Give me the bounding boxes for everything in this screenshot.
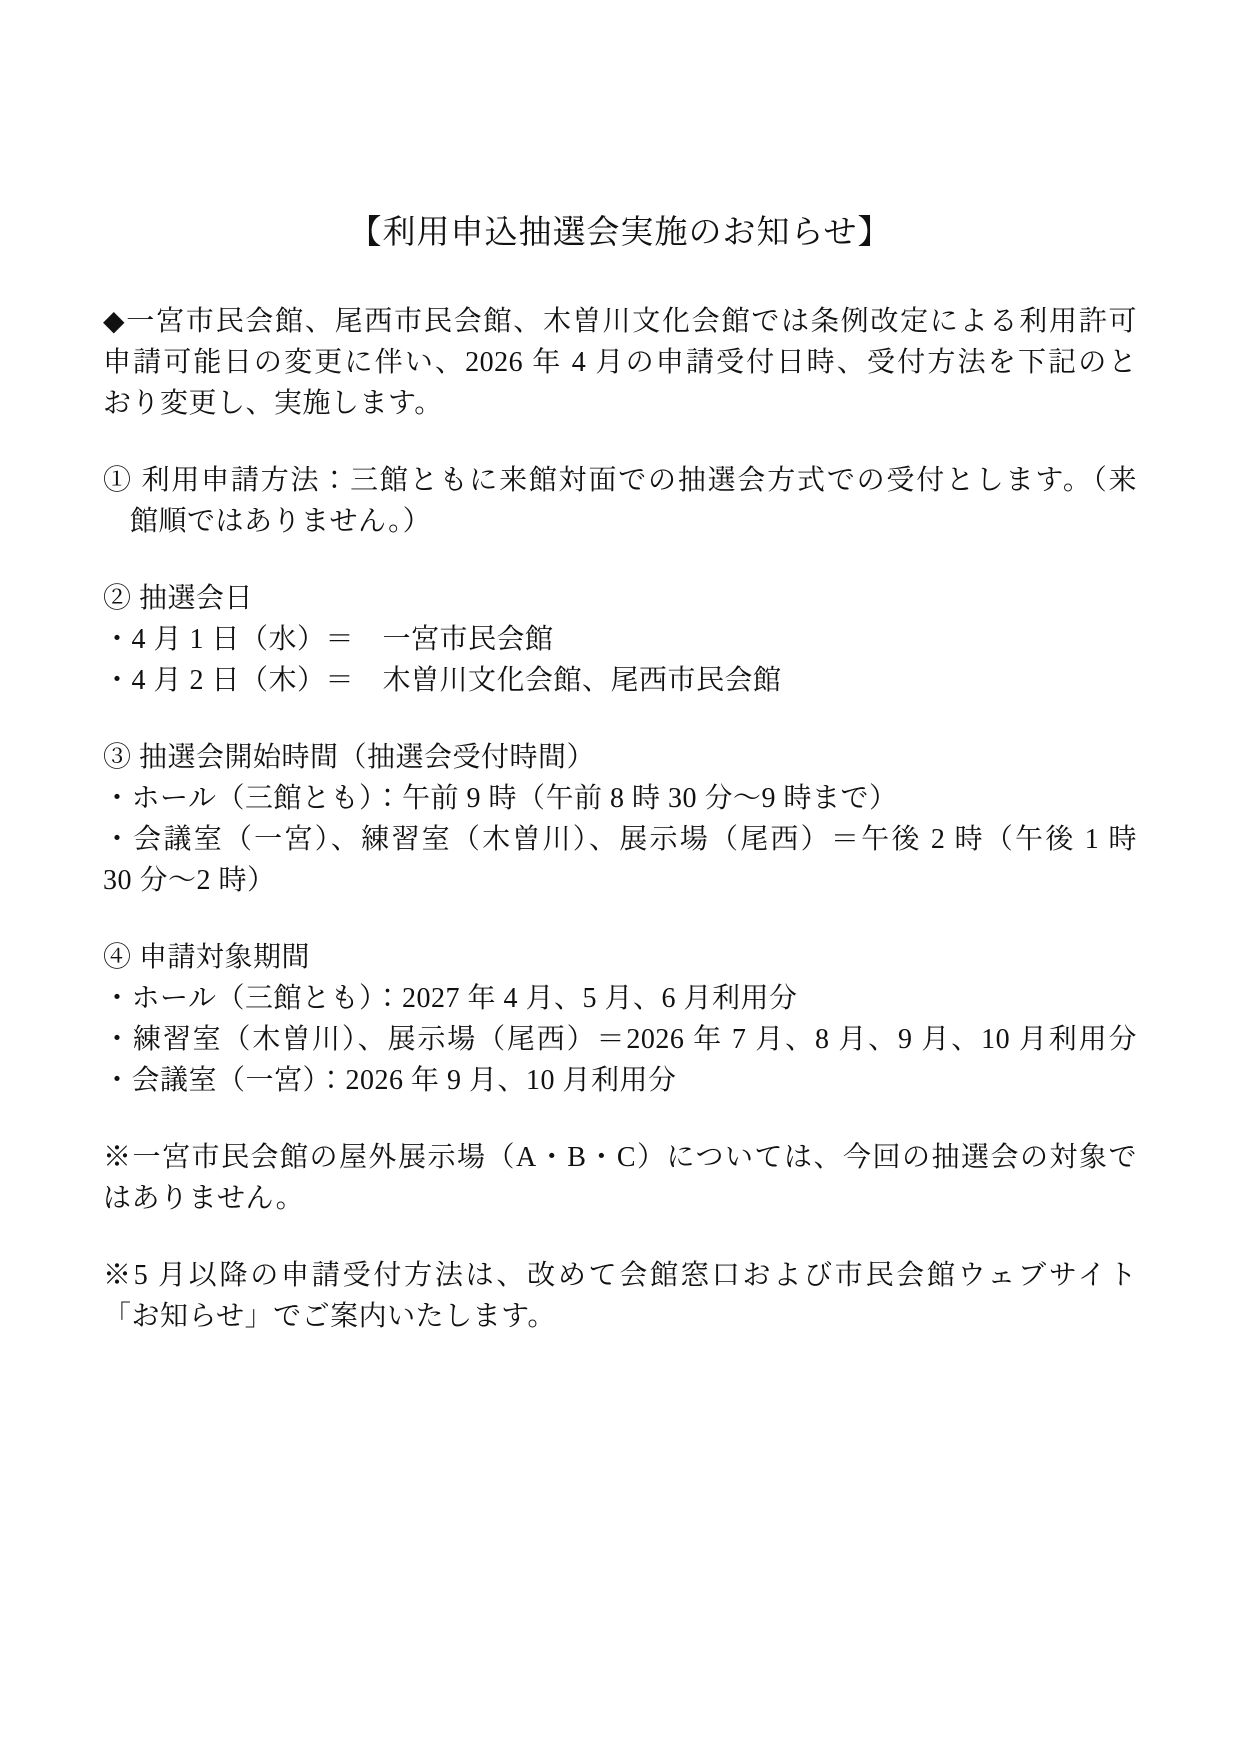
section-heading: ② 抽選会日: [103, 578, 1137, 619]
section-application-method: ① 利用申請方法：三館ともに来館対面での抽選会方式での受付とします。（来 館順で…: [103, 460, 1137, 542]
text-line: ※5 月以降の申請受付方法は、改めて会館窓口および市民会館ウェブサイト: [103, 1255, 1137, 1296]
text-line: ① 利用申請方法：三館ともに来館対面での抽選会方式での受付とします。（来: [103, 460, 1137, 501]
section-note-after-may: ※5 月以降の申請受付方法は、改めて会館窓口および市民会館ウェブサイト 「お知ら…: [103, 1255, 1137, 1337]
list-item: ・練習室（木曽川）、展示場（尾西）＝2026 年 7 月、8 月、9 月、10 …: [103, 1019, 1137, 1060]
section-lottery-start-times: ③ 抽選会開始時間（抽選会受付時間） ・ホール（三館とも）：午前 9 時（午前 …: [103, 737, 1137, 901]
notice-page: 【利用申込抽選会実施のお知らせ】 ◆一宮市民会館、尾西市民会館、木曽川文化会館で…: [0, 0, 1240, 1755]
text-line: 30 分～2 時）: [103, 860, 1137, 901]
document-body: 【利用申込抽選会実施のお知らせ】 ◆一宮市民会館、尾西市民会館、木曽川文化会館で…: [103, 210, 1137, 1337]
text-line: 申請可能日の変更に伴い、2026 年 4 月の申請受付日時、受付方法を下記のと: [103, 342, 1137, 383]
text-line: はありません。: [103, 1178, 1137, 1219]
text-line: 館順ではありません。）: [103, 501, 1137, 542]
list-item: ・ホール（三館とも）：午前 9 時（午前 8 時 30 分～9 時まで）: [103, 778, 1137, 819]
text-line: 「お知らせ」でご案内いたします。: [103, 1296, 1137, 1337]
section-application-period: ④ 申請対象期間 ・ホール（三館とも）：2027 年 4 月、5 月、6 月利用…: [103, 937, 1137, 1101]
section-intro: ◆一宮市民会館、尾西市民会館、木曽川文化会館では条例改定による利用許可 申請可能…: [103, 301, 1137, 424]
list-item: ・ホール（三館とも）：2027 年 4 月、5 月、6 月利用分: [103, 978, 1137, 1019]
section-heading: ④ 申請対象期間: [103, 937, 1137, 978]
section-note-outdoor-exhibition: ※一宮市民会館の屋外展示場（A・B・C）については、今回の抽選会の対象で はあり…: [103, 1137, 1137, 1219]
section-lottery-dates: ② 抽選会日 ・4 月 1 日（水）＝ 一宮市民会館 ・4 月 2 日（木）＝ …: [103, 578, 1137, 701]
list-item: ・会議室（一宮）：2026 年 9 月、10 月利用分: [103, 1060, 1137, 1101]
section-heading: ③ 抽選会開始時間（抽選会受付時間）: [103, 737, 1137, 778]
text-line: おり変更し、実施します。: [103, 383, 1137, 424]
list-item: ・4 月 1 日（水）＝ 一宮市民会館: [103, 619, 1137, 660]
list-item: ・4 月 2 日（木）＝ 木曽川文化会館、尾西市民会館: [103, 660, 1137, 701]
text-line: ◆一宮市民会館、尾西市民会館、木曽川文化会館では条例改定による利用許可: [103, 301, 1137, 342]
list-item: ・会議室（一宮）、練習室（木曽川）、展示場（尾西）＝午後 2 時（午後 1 時: [103, 819, 1137, 860]
document-title: 【利用申込抽選会実施のお知らせ】: [103, 210, 1137, 256]
text-line: ※一宮市民会館の屋外展示場（A・B・C）については、今回の抽選会の対象で: [103, 1137, 1137, 1178]
